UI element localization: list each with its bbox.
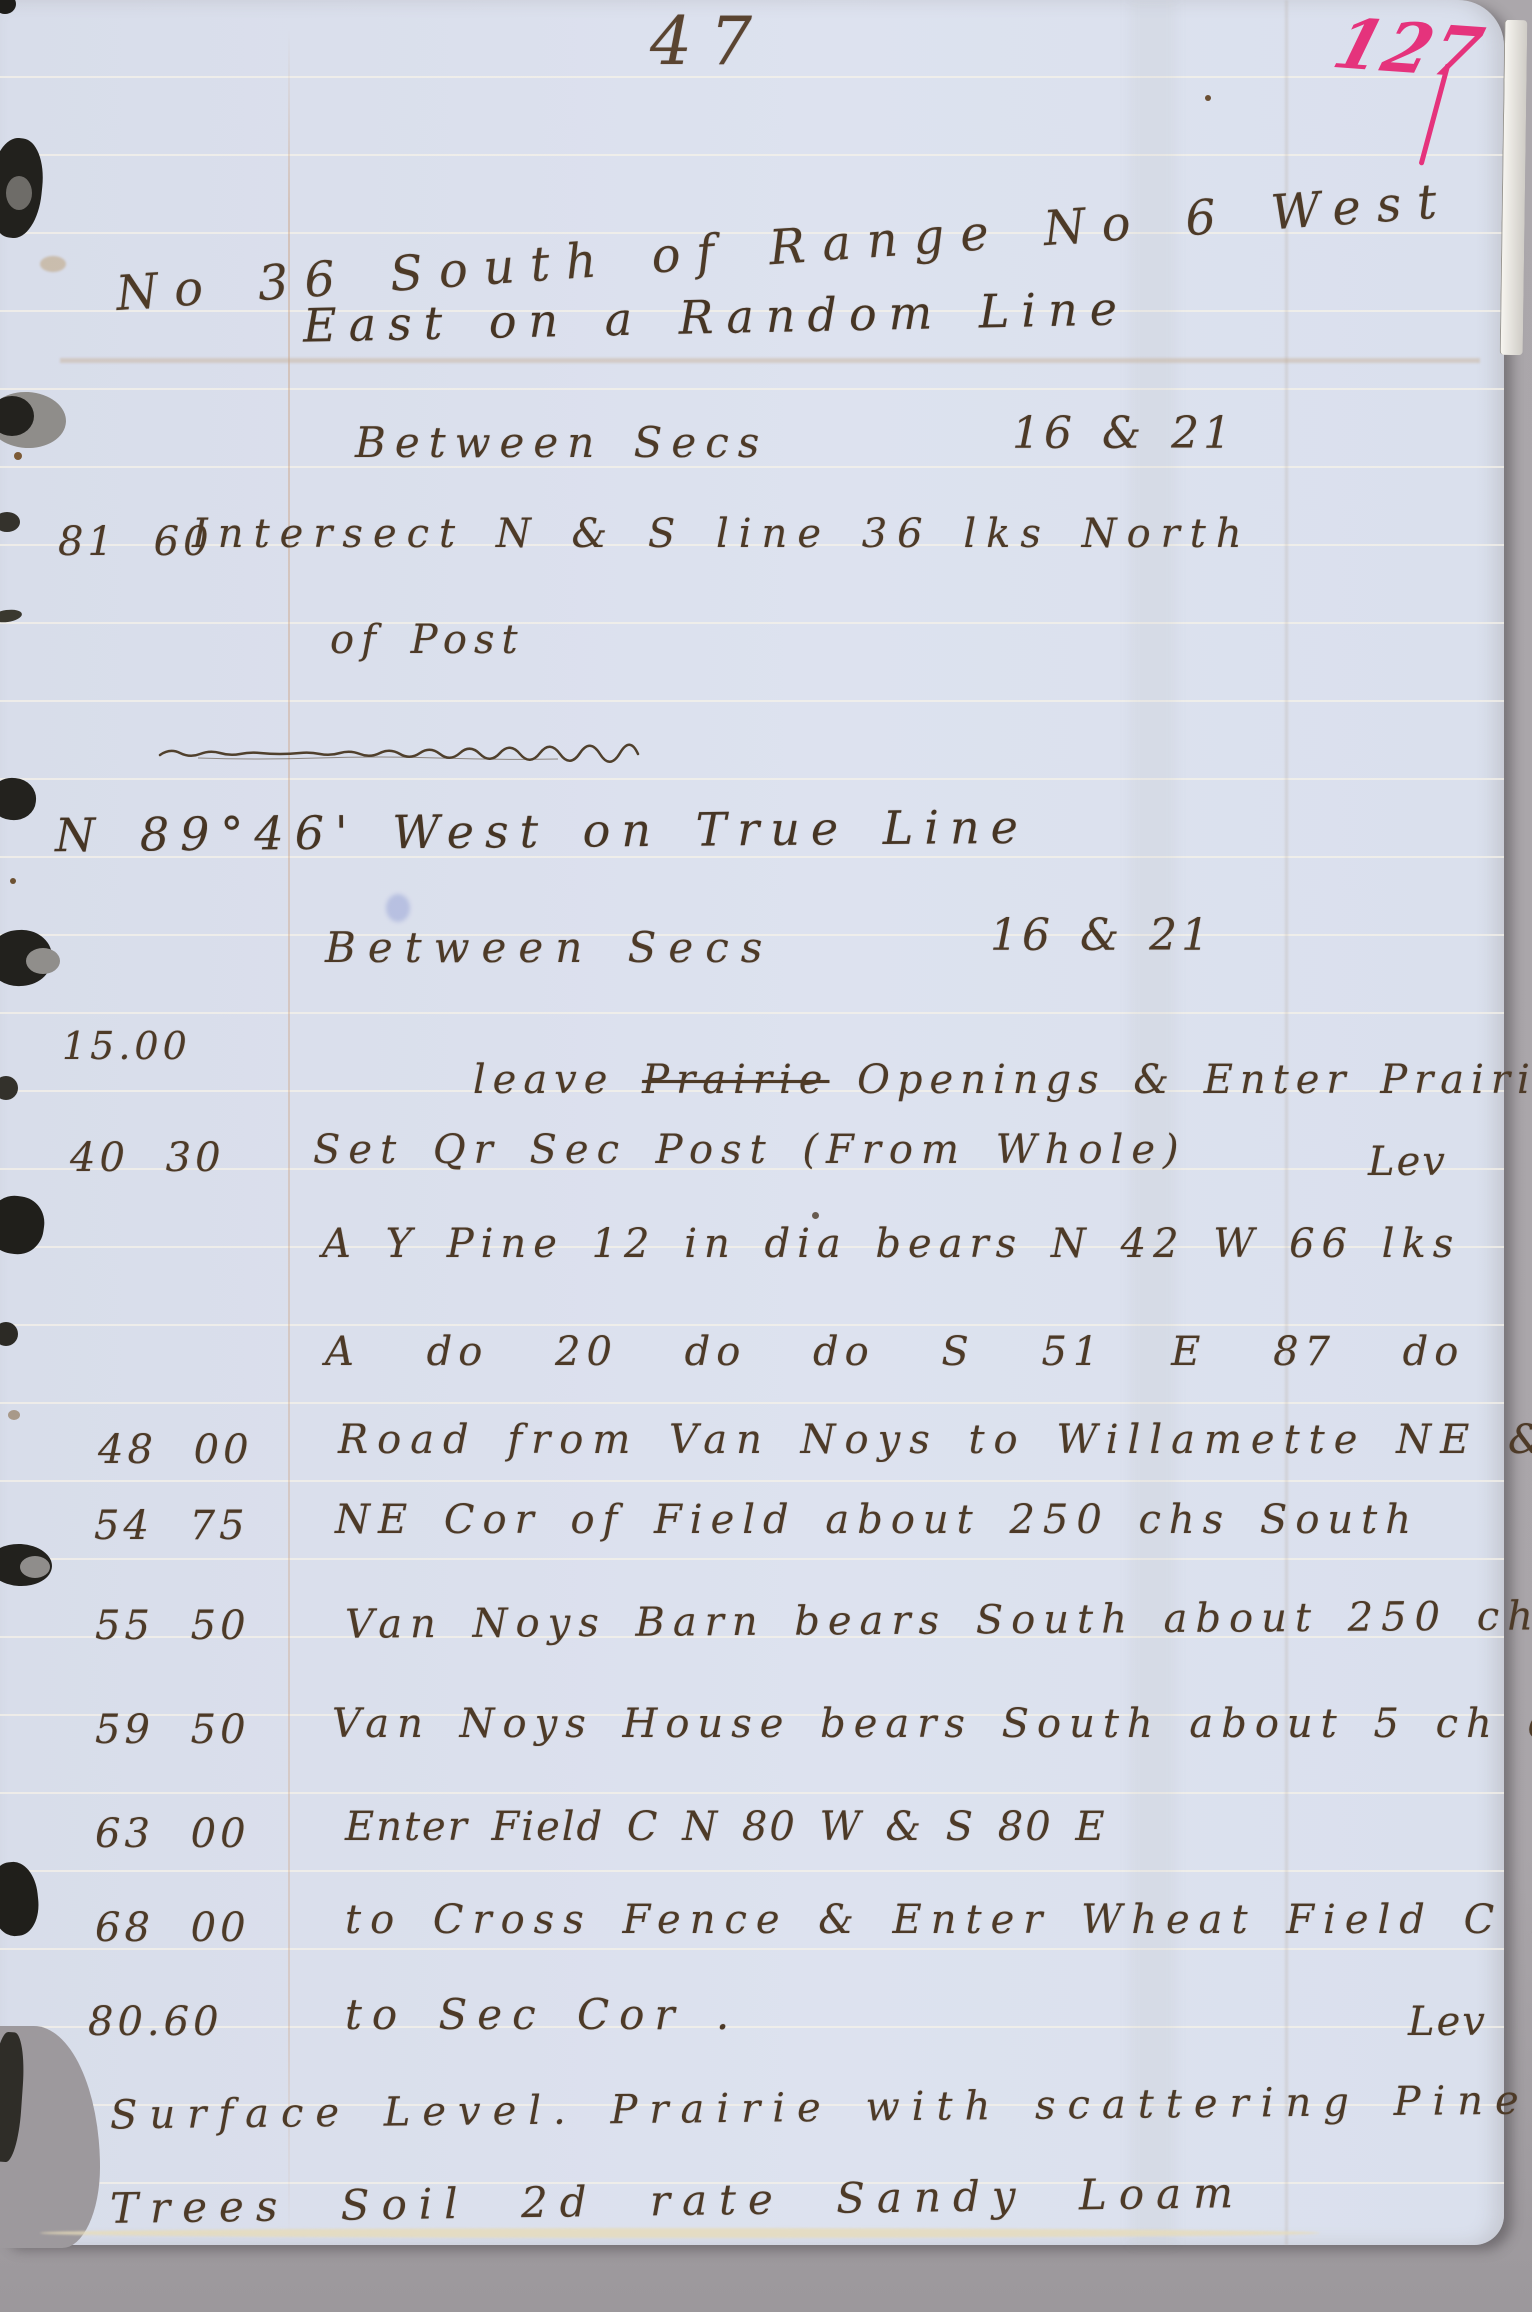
entry-text: to Cross Fence & Enter Wheat Field C N &…: [345, 1898, 1532, 1942]
entry-text: A do 20 do do S 51 E 87 do: [325, 1330, 1464, 1374]
stain-spot: [14, 452, 22, 460]
entry-distance: 54 75: [94, 1504, 249, 1548]
between-secs-value: 16 & 21: [990, 912, 1213, 960]
between-secs-label: Between Secs: [355, 420, 768, 466]
entry-distance: 15.00: [62, 1026, 191, 1068]
entry-text-pre: leave: [473, 1057, 642, 1103]
surface-note-line1: Surface Level. Prairie with scattering P…: [110, 2079, 1531, 2138]
entry-text: Intersect N & S line 36 lks North: [192, 512, 1252, 556]
blue-smudge: [386, 894, 410, 922]
entry-text: A Y Pine 12 in dia bears N 42 W 66 lks: [322, 1222, 1460, 1266]
entry-text: Set Qr Sec Post (From Whole): [313, 1128, 1187, 1172]
ink-speck: [1205, 95, 1211, 101]
entry-text: NE Cor of Field about 250 chs South: [335, 1498, 1419, 1542]
entry-text: Enter Field C N 80 W & S 80 E: [345, 1805, 1107, 1849]
scanned-document-view: { "page": { "page_number": "47", "red_fo…: [0, 0, 1532, 2312]
entry-text: Road from Van Noys to Willamette NE & SW: [338, 1418, 1532, 1462]
surface-note-line2: Trees Soil 2d rate Sandy Loam: [110, 2170, 1246, 2232]
entry-text: Van Noys House bears South about 5 ch di…: [332, 1702, 1532, 1746]
entry-text-post: Openings & Enter Prairie N & SW: [829, 1057, 1532, 1103]
torn-edge-mark: [0, 1076, 18, 1100]
torn-edge-mark: [0, 512, 20, 532]
notebook-page: 47 127 No 36 South of Range No 6 West Ea…: [0, 0, 1504, 2245]
stain-spot: [10, 878, 16, 884]
entry-text: Van Noys Barn bears South about 250 chs …: [345, 1593, 1532, 1646]
torn-edge-mark: [0, 0, 16, 14]
torn-edge-mark: [0, 1860, 42, 1939]
entry-text: of Post: [330, 618, 525, 662]
entry-text: to Sec Cor .: [345, 1992, 739, 2038]
torn-edge-mark: [0, 608, 23, 624]
entry-text-struck: Prairie: [642, 1057, 829, 1103]
between-secs-label: Between Secs: [325, 925, 774, 971]
margin-note-lev: Lev: [1368, 1140, 1447, 1184]
entry-distance: 48 00: [98, 1428, 253, 1472]
torn-edge-mark: [26, 948, 60, 974]
torn-edge-mark: [0, 776, 38, 822]
paper-crease-horizontal: [60, 358, 1480, 363]
adjacent-page-edge: [1500, 20, 1528, 355]
entry-distance: 81 60: [58, 520, 213, 564]
between-secs-value: 16 & 21: [1012, 410, 1235, 458]
torn-edge-mark: [0, 1322, 18, 1346]
separator-squiggle: [158, 744, 658, 764]
stain-spot: [8, 1410, 20, 1420]
torn-edge-mark: [6, 176, 32, 210]
red-folio-number: 127: [1326, 7, 1492, 92]
entry-distance: 40 30: [70, 1136, 225, 1180]
true-line-bearing-heading: N 89°46' West on True Line: [55, 802, 1029, 861]
margin-note-lev: Lev: [1408, 2000, 1487, 2044]
entry-distance: 68 00: [95, 1906, 250, 1950]
ink-speck: [812, 1212, 819, 1219]
entry-distance: 63 00: [95, 1812, 250, 1856]
torn-edge-mark: [0, 1192, 48, 1257]
page-number: 47: [650, 6, 770, 79]
entry-distance: 59 50: [95, 1708, 250, 1752]
torn-edge-mark: [20, 1556, 50, 1578]
stain-spot: [40, 256, 66, 272]
page-bottom-curl: [40, 2228, 1320, 2238]
entry-distance: 80.60: [88, 2000, 223, 2044]
entry-distance: 55 50: [95, 1604, 250, 1648]
